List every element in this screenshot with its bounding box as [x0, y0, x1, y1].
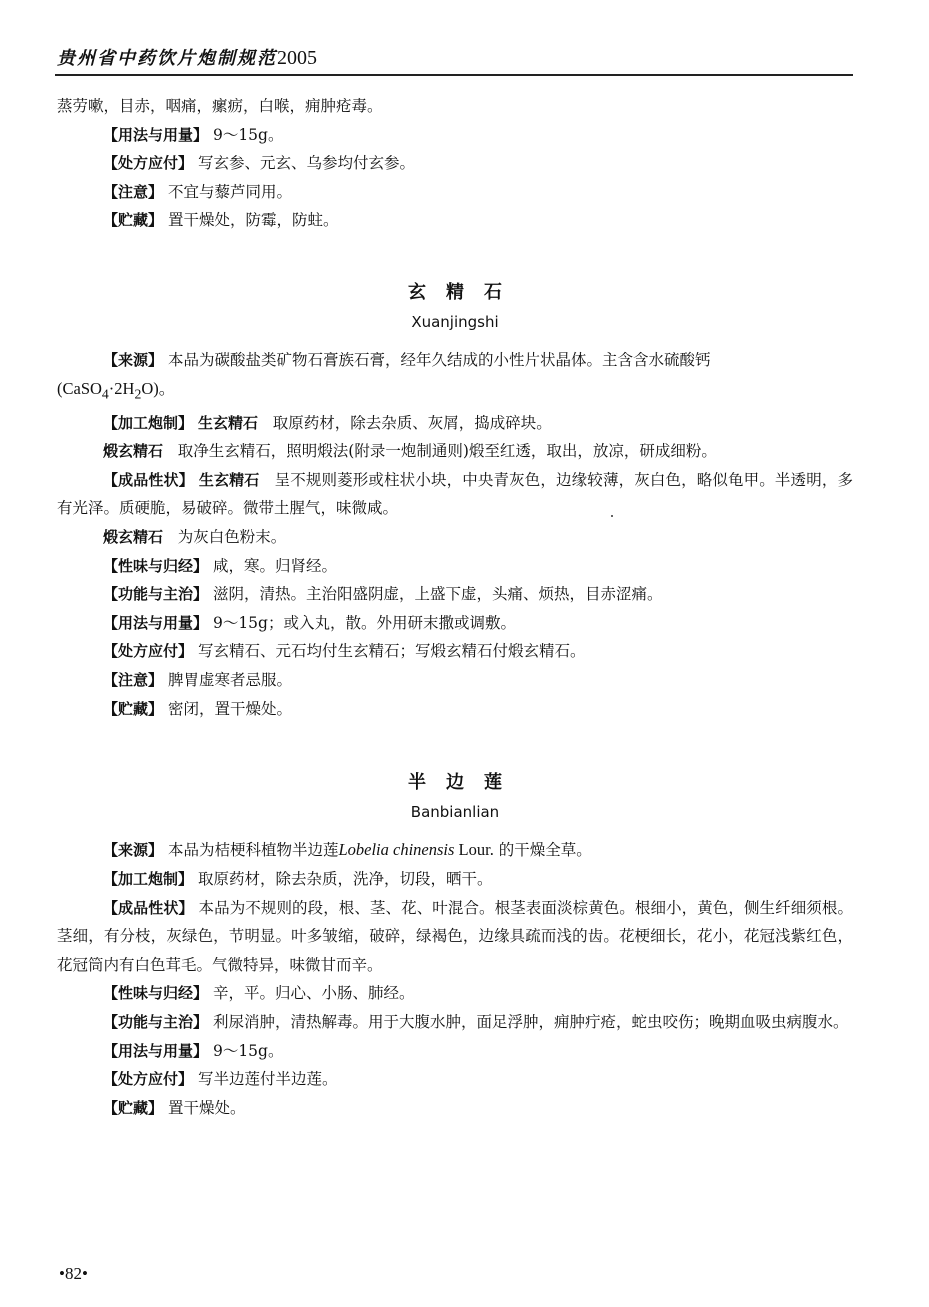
- field-prescription: 【处方应付】 写玄精石、元石均付生玄精石；写煅玄精石付煅玄精石。: [57, 637, 853, 666]
- field-label: 【来源】: [103, 841, 163, 859]
- field-label: 【注意】: [103, 183, 163, 201]
- field-label: 【用法与用量】: [103, 614, 208, 632]
- field-nature: 【性味与归经】 咸，寒。归肾经。: [57, 552, 853, 581]
- monograph-title: 玄精石: [57, 279, 853, 308]
- field-prescription: 【处方应付】 写玄参、元玄、乌参均付玄参。: [57, 149, 853, 178]
- field-label: 【加工炮制】: [103, 414, 193, 432]
- sub-item-label: 煅玄精石: [103, 528, 163, 546]
- field-text: 脾胃虚寒者忌服。: [168, 671, 292, 689]
- field-text: 本品为桔梗科植物半边莲: [168, 841, 339, 859]
- sub-item-label: 煅玄精石: [103, 442, 163, 460]
- field-label: 【处方应付】: [103, 154, 193, 172]
- monograph-banbianlian: 半边莲 Banbianlian 【来源】 本品为桔梗科植物半边莲Lobelia …: [57, 769, 853, 1122]
- field-caution: 【注意】 不宜与藜芦同用。: [57, 178, 853, 207]
- field-text: 的干燥全草。: [499, 841, 592, 859]
- field-text: 9～15g。: [213, 126, 284, 144]
- field-processing: 【加工炮制】 生玄精石 取原药材，除去杂质、灰屑，捣成碎块。: [57, 409, 853, 438]
- book-title: 贵州省中药饮片炮制规范: [57, 48, 277, 69]
- field-function: 【功能与主治】 利尿消肿，清热解毒。用于大腹水肿，面足浮肿，痈肿疔疮，蛇虫咬伤；…: [57, 1008, 853, 1037]
- continuation-line: 蒸劳嗽，目赤，咽痛，瘰疬，白喉，痈肿疮毒。: [57, 92, 853, 121]
- monograph-xuanjingshi: 玄精石 Xuanjingshi 【来源】 本品为碳酸盐类矿物石膏族石膏，经年久结…: [57, 279, 853, 723]
- sub-item-label: 生玄精石: [199, 471, 260, 489]
- field-nature: 【性味与归经】 辛，平。归心、小肠、肺经。: [57, 979, 853, 1008]
- field-label: 【处方应付】: [103, 642, 193, 660]
- field-text: 取净生玄精石，照明煅法(附录一炮制通则)煅至红透，取出，放凉，研成细粉。: [178, 442, 717, 460]
- field-description: 【成品性状】 生玄精石 呈不规则菱形或柱状小块，中央青灰色，边缘较薄，灰白色，略…: [57, 466, 853, 523]
- sub-item-label: 生玄精石: [198, 414, 258, 432]
- field-label: 【性味与归经】: [103, 557, 208, 575]
- field-processing-calcined: 煅玄精石 取净生玄精石，照明煅法(附录一炮制通则)煅至红透，取出，放凉，研成细粉…: [57, 437, 853, 466]
- field-function: 【功能与主治】 滋阴，清热。主治阳盛阴虚，上盛下虚，头痛、烦热，目赤涩痛。: [57, 580, 853, 609]
- field-storage: 【贮藏】 密闭，置干燥处。: [57, 695, 853, 724]
- header-rule: [55, 74, 853, 76]
- field-label: 【成品性状】: [103, 471, 194, 489]
- field-text: 9～15g。: [213, 1042, 284, 1060]
- field-label: 【加工炮制】: [103, 870, 193, 888]
- field-text: 为灰白色粉末。: [178, 528, 287, 546]
- field-text: 写半边莲付半边莲。: [198, 1070, 338, 1088]
- field-storage: 【贮藏】 置干燥处，防霉，防蛀。: [57, 206, 853, 235]
- field-label: 【贮藏】: [103, 700, 163, 718]
- field-text: 滋阴，清热。主治阳盛阴虚，上盛下虚，头痛、烦热，目赤涩痛。: [213, 585, 663, 603]
- chemical-formula: (CaSO4·2H2O)。: [57, 379, 175, 398]
- field-label: 【用法与用量】: [103, 1042, 208, 1060]
- page-content: 蒸劳嗽，目赤，咽痛，瘰疬，白喉，痈肿疮毒。 【用法与用量】 9～15g。 【处方…: [57, 92, 853, 1122]
- field-text: 取原药材，除去杂质、灰屑，捣成碎块。: [273, 414, 552, 432]
- field-description-calcined: 煅玄精石 为灰白色粉末。: [57, 523, 853, 552]
- scan-speck: [611, 515, 613, 517]
- page-number: •82•: [59, 1264, 88, 1284]
- field-text: 取原药材，除去杂质，洗净，切段，晒干。: [198, 870, 493, 888]
- field-label: 【注意】: [103, 671, 163, 689]
- field-text: 置干燥处。: [168, 1099, 246, 1117]
- field-usage: 【用法与用量】 9～15g。: [57, 121, 853, 150]
- field-label: 【来源】: [103, 351, 163, 369]
- field-text: 本品为碳酸盐类矿物石膏族石膏，经年久结成的小性片状晶体。主含含水硫酸钙: [168, 351, 711, 369]
- field-label: 【成品性状】: [103, 899, 194, 917]
- field-caution: 【注意】 脾胃虚寒者忌服。: [57, 666, 853, 695]
- field-usage: 【用法与用量】 9～15g。: [57, 1037, 853, 1066]
- field-label: 【处方应付】: [103, 1070, 193, 1088]
- field-label: 【贮藏】: [103, 211, 163, 229]
- field-text: 写玄精石、元石均付生玄精石；写煅玄精石付煅玄精石。: [198, 642, 586, 660]
- field-text: 写玄参、元玄、乌参均付玄参。: [198, 154, 415, 172]
- field-source: 【来源】 本品为桔梗科植物半边莲Lobelia chinensis Lour. …: [57, 836, 853, 865]
- field-label: 【功能与主治】: [103, 1013, 208, 1031]
- monograph-pinyin: Banbianlian: [57, 798, 853, 827]
- book-year: 2005: [277, 47, 317, 69]
- field-label: 【功能与主治】: [103, 585, 208, 603]
- field-text: 利尿消肿，清热解毒。用于大腹水肿，面足浮肿，痈肿疔疮，蛇虫咬伤；晚期血吸虫病腹水…: [213, 1013, 849, 1031]
- field-prescription: 【处方应付】 写半边莲付半边莲。: [57, 1065, 853, 1094]
- field-processing: 【加工炮制】 取原药材，除去杂质，洗净，切段，晒干。: [57, 865, 853, 894]
- field-text: 9～15g；或入丸，散。外用研末撒或调敷。: [213, 614, 516, 632]
- running-header: 贵州省中药饮片炮制规范2005: [57, 44, 317, 70]
- field-description: 【成品性状】 本品为不规则的段，根、茎、花、叶混合。根茎表面淡棕黄色。根细小，黄…: [57, 894, 853, 980]
- field-label: 【贮藏】: [103, 1099, 163, 1117]
- field-text: 辛，平。归心、小肠、肺经。: [213, 984, 415, 1002]
- field-usage: 【用法与用量】 9～15g；或入丸，散。外用研末撒或调敷。: [57, 609, 853, 638]
- field-text: 密闭，置干燥处。: [168, 700, 292, 718]
- field-source: 【来源】 本品为碳酸盐类矿物石膏族石膏，经年久结成的小性片状晶体。主含含水硫酸钙…: [57, 346, 853, 408]
- field-label: 【性味与归经】: [103, 984, 208, 1002]
- field-storage: 【贮藏】 置干燥处。: [57, 1094, 853, 1123]
- monograph-pinyin: Xuanjingshi: [57, 308, 853, 337]
- monograph-title: 半边莲: [57, 769, 853, 798]
- field-label: 【用法与用量】: [103, 126, 208, 144]
- field-text: 置干燥处，防霉，防蛀。: [168, 211, 339, 229]
- field-text: 咸，寒。归肾经。: [213, 557, 337, 575]
- latin-name: Lobelia chinensis Lour.: [338, 840, 493, 859]
- field-text: 不宜与藜芦同用。: [168, 183, 292, 201]
